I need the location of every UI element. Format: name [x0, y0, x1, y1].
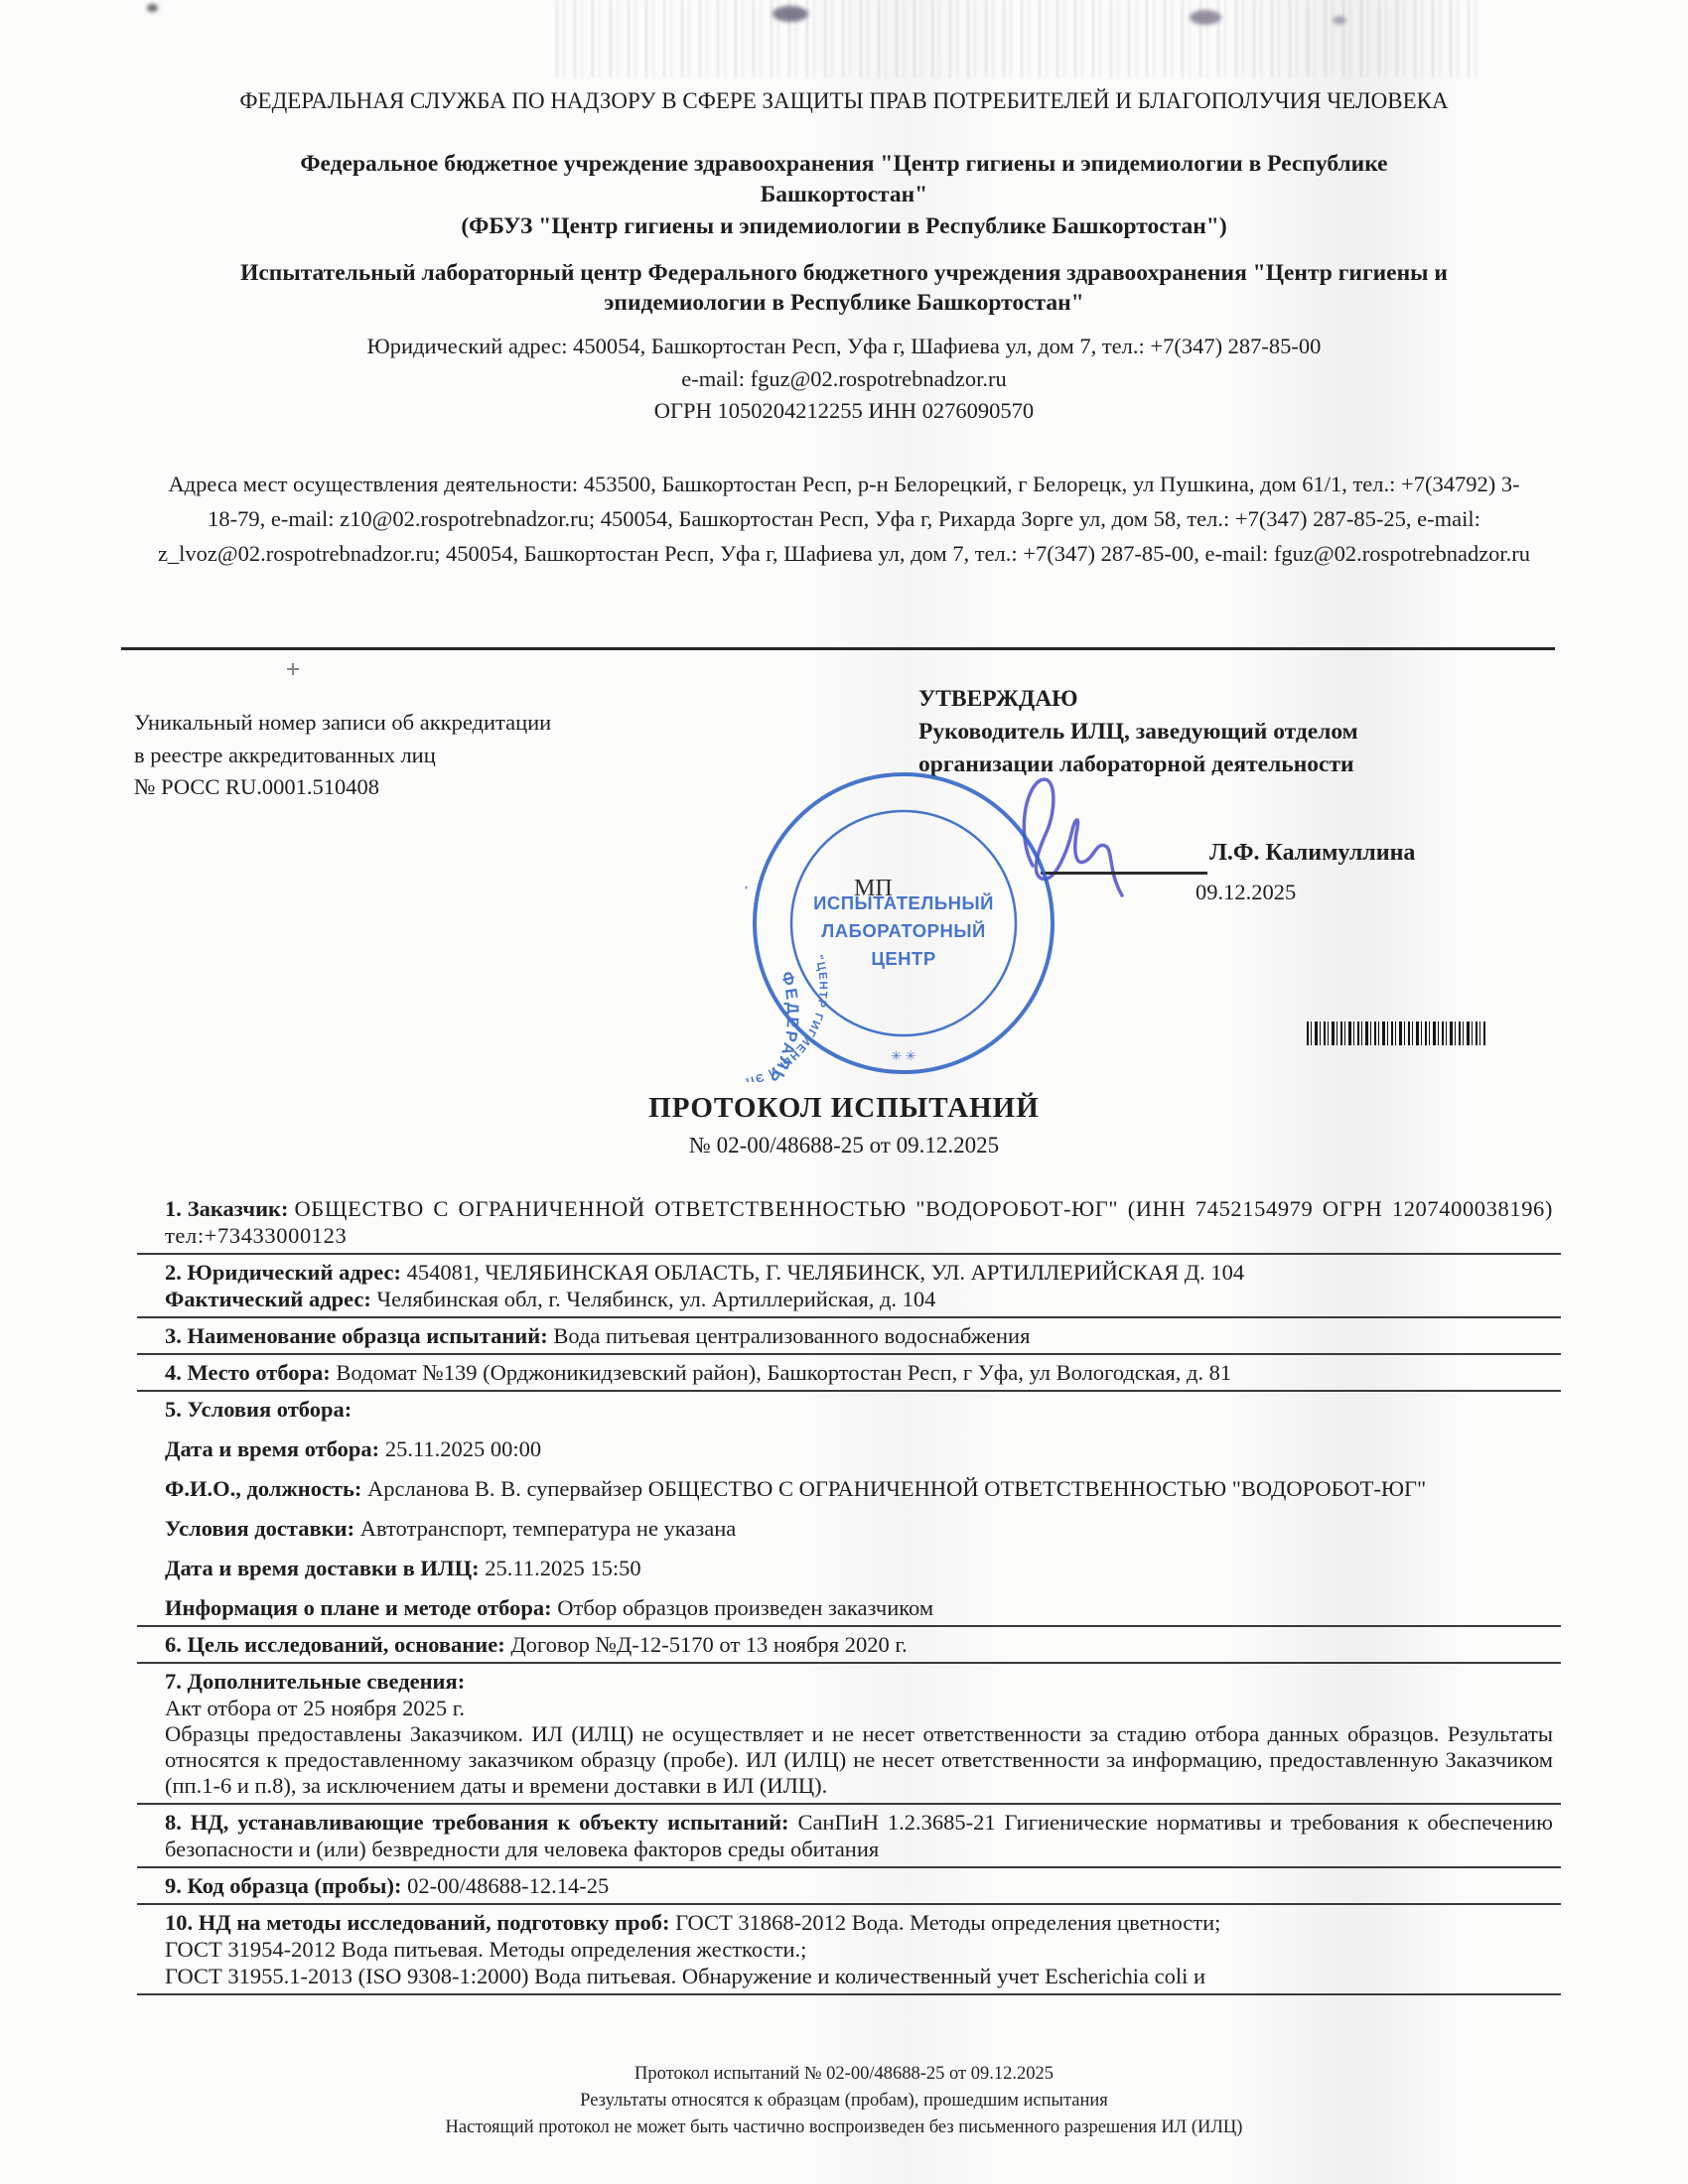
ogrn-inn-line: ОГРН 1050204212255 ИНН 0276090570: [154, 397, 1534, 426]
section-label: 4. Место отбора:: [165, 1360, 331, 1385]
protocol-title-block: ПРОТОКОЛ ИСПЫТАНИЙ № 02-00/48688-25 от 0…: [154, 1092, 1534, 1159]
additional-info-line: Акт отбора от 25 ноября 2025 г.: [165, 1695, 1553, 1721]
field-value: 25.11.2025 00:00: [385, 1436, 541, 1461]
section-value: ОБЩЕСТВО С ОГРАНИЧЕННОЙ ОТВЕТСТВЕННОСТЬЮ…: [165, 1196, 1553, 1248]
field-value: Автотранспорт, температура не указана: [360, 1516, 737, 1541]
scan-smudge: [1333, 16, 1346, 25]
approver-name: Л.Ф. Калимуллина: [1209, 840, 1415, 867]
section-legal-address: 2. Юридический адрес: 454081, ЧЕЛЯБИНСКА…: [137, 1255, 1561, 1318]
email-line: e-mail: fguz@02.rospotrebnadzor.ru: [154, 365, 1534, 394]
field-label: Ф.И.О., должность:: [165, 1476, 361, 1501]
section-sample-code: 9. Код образца (пробы): 02-00/48688-12.1…: [137, 1868, 1561, 1905]
section-label: 10. НД на методы исследований, подготовк…: [165, 1910, 669, 1935]
section-test-methods: 10. НД на методы исследований, подготовк…: [137, 1905, 1561, 1995]
signature-line: [1041, 872, 1207, 875]
round-stamp: ФЕДЕРАЛЬНОЕ БЮДЖЕТНОЕ УЧРЕЖДЕНИЕ ЗДРАВОО…: [745, 764, 1062, 1082]
section-label: 5. Условия отбора:: [165, 1397, 352, 1422]
organization-full-name: Федеральное бюджетное учреждение здравоо…: [243, 149, 1445, 209]
method-line: ГОСТ 31955.1-2013 (ISO 9308-1:2000) Вода…: [165, 1963, 1553, 1989]
approver-position: Руководитель ИЛЦ, заведующий отделом: [918, 716, 1534, 749]
legal-address: Юридический адрес: 450054, Башкортостан …: [154, 333, 1534, 361]
accreditation-line: в реестре аккредитованных лиц: [134, 740, 690, 772]
method-line: ГОСТ 31954-2012 Вода питьевая. Методы оп…: [165, 1936, 1553, 1963]
organization-short-name: (ФБУЗ "Центр гигиены и эпидемиологии в Р…: [154, 211, 1534, 242]
stamp-center-line: ЦЕНТР: [871, 948, 935, 969]
field-label: Условия доставки:: [165, 1516, 354, 1541]
field-label: Дата и время отбора:: [165, 1436, 379, 1461]
accreditation-line: Уникальный номер записи об аккредитации: [134, 707, 690, 740]
page-footer: Протокол испытаний № 02-00/48688-25 от 0…: [154, 2061, 1534, 2141]
section-label: 3. Наименование образца испытаний:: [165, 1323, 548, 1348]
section-value: 454081, ЧЕЛЯБИНСКАЯ ОБЛАСТЬ, Г. ЧЕЛЯБИНС…: [407, 1260, 1245, 1285]
section-label: 1. Заказчик:: [165, 1196, 289, 1221]
protocol-number: № 02-00/48688-25 от 09.12.2025: [154, 1133, 1534, 1159]
footer-reproduction-note: Настоящий протокол не может быть частичн…: [154, 2115, 1534, 2141]
section-sampling-conditions: 5. Условия отбора: Дата и время отбора: …: [137, 1392, 1561, 1627]
field-value: Арсланова В. В. супервайзер ОБЩЕСТВО С О…: [367, 1476, 1426, 1501]
scan-smudge: [1190, 10, 1221, 25]
section-label: Фактический адрес:: [165, 1287, 371, 1311]
section-sampling-place: 4. Место отбора: Водомат №139 (Орджоники…: [137, 1355, 1561, 1392]
section-regulatory-requirements: 8. НД, устанавливающие требования к объе…: [137, 1805, 1561, 1868]
letterhead: ФЕДЕРАЛЬНАЯ СЛУЖБА ПО НАДЗОРУ В СФЕРЕ ЗА…: [154, 87, 1534, 572]
section-label: 8. НД, устанавливающие требования к объе…: [165, 1810, 789, 1835]
footer-results-note: Результаты относятся к образцам (пробам)…: [154, 2088, 1534, 2115]
approval-date: 09.12.2025: [1196, 880, 1296, 905]
section-value: 02-00/48688-12.14-25: [407, 1873, 609, 1898]
section-customer: 1. Заказчик: ОБЩЕСТВО С ОГРАНИЧЕННОЙ ОТВ…: [137, 1191, 1561, 1255]
field-value: 25.11.2025 15:50: [485, 1556, 640, 1580]
scan-cross-mark: [292, 663, 294, 675]
footer-protocol-number: Протокол испытаний № 02-00/48688-25 от 0…: [154, 2061, 1534, 2088]
activity-addresses: Адреса мест осуществления деятельности: …: [154, 468, 1534, 572]
section-label: 9. Код образца (пробы):: [165, 1873, 401, 1898]
protocol-title: ПРОТОКОЛ ИСПЫТАНИЙ: [154, 1092, 1534, 1125]
section-value: ГОСТ 31868-2012 Вода. Методы определения…: [675, 1910, 1220, 1935]
section-additional-info: 7. Дополнительные сведения: Акт отбора о…: [137, 1664, 1561, 1805]
scan-smudge: [773, 6, 808, 22]
section-label: 7. Дополнительные сведения:: [165, 1669, 465, 1694]
field-label: Информация о плане и методе отбора:: [165, 1595, 552, 1620]
stamp-bottom-asterisks: ✳ ✳: [891, 1048, 916, 1063]
section-purpose: 6. Цель исследований, основание: Договор…: [137, 1627, 1561, 1664]
section-value: Челябинская обл, г. Челябинск, ул. Артил…: [377, 1287, 936, 1311]
section-value: Договор №Д-12-5170 от 13 ноября 2020 г.: [510, 1632, 907, 1657]
additional-info-paragraph: Образцы предоставлены Заказчиком. ИЛ (ИЛ…: [165, 1721, 1553, 1799]
field-value: Отбор образцов произведен заказчиком: [557, 1595, 933, 1620]
field-label: Дата и время доставки в ИЛЦ:: [165, 1556, 480, 1580]
laboratory-center-name: Испытательный лабораторный центр Федерал…: [184, 258, 1504, 319]
approve-word: УТВЕРЖДАЮ: [918, 683, 1534, 716]
section-value: Вода питьевая централизованного водоснаб…: [553, 1323, 1030, 1348]
section-label: 6. Цель исследований, основание:: [165, 1632, 505, 1657]
section-label: 2. Юридический адрес:: [165, 1260, 401, 1285]
stamp-center-line: ИСПЫТАТЕЛЬНЫЙ: [813, 892, 994, 913]
scan-smudge: [147, 4, 158, 12]
accreditation-block: Уникальный номер записи об аккредитации …: [134, 707, 690, 804]
section-sample-name: 3. Наименование образца испытаний: Вода …: [137, 1318, 1561, 1355]
scanned-protocol-page: ФЕДЕРАЛЬНАЯ СЛУЖБА ПО НАДЗОРУ В СФЕРЕ ЗА…: [0, 0, 1688, 2184]
federal-service-name: ФЕДЕРАЛЬНАЯ СЛУЖБА ПО НАДЗОРУ В СФЕРЕ ЗА…: [184, 87, 1504, 115]
stamp-center-line: ЛАБОРАТОРНЫЙ: [821, 920, 986, 941]
section-value: Водомат №139 (Орджоникидзевский район), …: [336, 1360, 1231, 1385]
header-divider: [121, 647, 1555, 650]
protocol-sections: 1. Заказчик: ОБЩЕСТВО С ОГРАНИЧЕННОЙ ОТВ…: [137, 1191, 1561, 1995]
accreditation-number: № РОСС RU.0001.510408: [134, 771, 690, 804]
barcode: [1307, 1022, 1485, 1045]
